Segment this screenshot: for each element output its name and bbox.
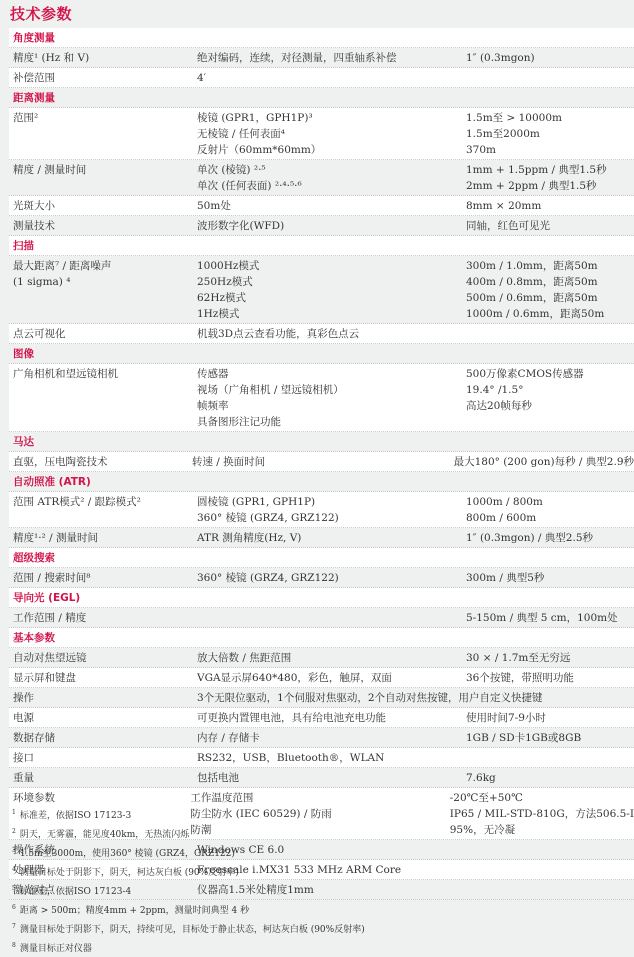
footnote: 6距离 > 500m；精度4mm + 2ppm，测量时间典型 4 秒 <box>9 900 634 919</box>
footnote-text: 测量目标处于阴影下，阴天，柯达灰白板 (90%反射率) <box>20 868 239 878</box>
label-text: 马达 <box>13 434 197 450</box>
spec-value: 使用时间7-9小时 <box>466 710 634 726</box>
spec-row: 广角相机和望远镜相机传感器视场（广角相机 / 望远镜相机）帧频率具备图形注记功能… <box>9 364 634 432</box>
spec-label: 精度¹ (Hz 和 V) <box>9 50 197 66</box>
spec-condition: 360° 棱镜 (GRZ4, GRZ122) <box>197 570 466 586</box>
spec-label: 自动对焦望远镜 <box>9 650 197 666</box>
label-text: 自动对焦望远镜 <box>13 650 197 666</box>
label-text: 范围 ATR模式² / 跟踪模式² <box>13 494 197 510</box>
footnote: 4测量目标处于阴影下，阴天，柯达灰白板 (90%反射率) <box>9 862 634 881</box>
spec-value: 36个按键，带照明功能 <box>466 670 634 686</box>
spec-condition: 可更换内置锂电池，具有给电池充电功能 <box>197 710 466 726</box>
label-text: 范围 / 搜索时间⁸ <box>13 570 197 586</box>
condition-text: 机载3D点云查看功能，真彩色点云 <box>197 326 466 342</box>
value-text: 1000m / 800m <box>466 494 634 510</box>
spec-condition: 50m处 <box>197 198 466 214</box>
condition-text: 360° 棱镜 (GRZ4, GRZ122) <box>197 510 466 526</box>
condition-text: 1Hz模式 <box>197 306 466 322</box>
spec-value: 1mm + 1.5ppm / 典型1.5秒2mm + 2ppm / 典型1.5秒 <box>466 162 634 194</box>
section-header: 图像 <box>9 344 634 364</box>
value-text: 800m / 600m <box>466 510 634 526</box>
footnote-text: 1.5m至3000m，使用360° 棱镜 (GRZ4，GRZ122) <box>20 849 235 859</box>
spec-value: 8mm × 20mm <box>466 198 634 214</box>
condition-text: 4′ <box>197 70 466 86</box>
value-text: 500万像素CMOS传感器 <box>466 366 634 382</box>
spec-row: 电源可更换内置锂电池，具有给电池充电功能使用时间7-9小时 <box>9 708 634 728</box>
label-text-2: (1 sigma) ⁴ <box>13 274 197 290</box>
spec-row: 数据存储内存 / 存储卡1GB / SD卡1GB或8GB <box>9 728 634 748</box>
spec-label: 直驱，压电陶瓷技术 <box>9 454 192 470</box>
spec-label: 操作 <box>9 690 197 706</box>
label-text: 重量 <box>13 770 197 786</box>
value-text: 2mm + 2ppm / 典型1.5秒 <box>466 178 634 194</box>
value-text: 1.5m至2000m <box>466 126 634 142</box>
footnote: 1标准差，依据ISO 17123-3 <box>9 805 634 824</box>
spec-row: 范围 ATR模式² / 跟踪模式²圆棱镜 (GPR1, GPH1P)360° 棱… <box>9 492 634 528</box>
label-text: 补偿范围 <box>13 70 197 86</box>
spec-value: 1GB / SD卡1GB或8GB <box>466 730 634 746</box>
label-text: 电源 <box>13 710 197 726</box>
label-text: 最大距离⁷ / 距离噪声 <box>13 258 197 274</box>
spec-condition: 单次 (棱镜) ²·⁵单次 (任何表面) ²·⁴·⁵·⁶ <box>197 162 466 194</box>
spec-row: 精度¹ (Hz 和 V)绝对编码，连续，对径测量，四重轴系补偿1″ (0.3mg… <box>9 48 634 68</box>
spec-value: 300m / 1.0mm，距离50m400m / 0.8mm，距离50m500m… <box>466 258 634 322</box>
condition-text: 可更换内置锂电池，具有给电池充电功能 <box>197 710 466 726</box>
value-text: 1.5m至 > 10000m <box>466 110 634 126</box>
section-header: 基本参数 <box>9 628 634 648</box>
spec-condition: VGA显示屏640*480，彩色，触屏，双面 <box>197 670 466 686</box>
value-text: 300m / 1.0mm，距离50m <box>466 258 634 274</box>
spec-condition: 机载3D点云查看功能，真彩色点云 <box>197 326 466 342</box>
section-header: 距离测量 <box>9 88 634 108</box>
spec-label: 数据存储 <box>9 730 197 746</box>
section-title: 角度测量 <box>9 30 197 46</box>
spec-value: 1000m / 800m800m / 600m <box>466 494 634 526</box>
spec-value: 30 × / 1.7m至无穷远 <box>466 650 634 666</box>
label-text: 范围² <box>13 110 197 126</box>
spec-table: 角度测量精度¹ (Hz 和 V)绝对编码，连续，对径测量，四重轴系补偿1″ (0… <box>9 28 634 900</box>
value-text: 500m / 0.6mm，距离50m <box>466 290 634 306</box>
footnote-text: 标准差，依据ISO 17123-3 <box>20 811 131 821</box>
label-text: 距离测量 <box>13 90 197 106</box>
value-text: 30 × / 1.7m至无穷远 <box>466 650 634 666</box>
spec-condition: 圆棱镜 (GPR1, GPH1P)360° 棱镜 (GRZ4, GRZ122) <box>197 494 466 526</box>
spec-row: 精度 / 测量时间单次 (棱镜) ²·⁵单次 (任何表面) ²·⁴·⁵·⁶1mm… <box>9 160 634 196</box>
spec-label: 工作范围 / 精度 <box>9 610 197 626</box>
footnote-number: 7 <box>12 923 16 927</box>
condition-text: 工作温度范围 <box>190 790 449 806</box>
page-title: 技术参数 <box>10 3 72 24</box>
footnote: 31.5m至3000m，使用360° 棱镜 (GRZ4，GRZ122) <box>9 843 634 862</box>
label-text: 显示屏和键盘 <box>13 670 197 686</box>
spec-condition: 内存 / 存储卡 <box>197 730 466 746</box>
value-text: 使用时间7-9小时 <box>466 710 634 726</box>
spec-row: 操作3个无限位驱动，1个伺服对焦驱动，2个自动对焦按键，用户自定义快捷键 <box>9 688 634 708</box>
condition-text: 单次 (棱镜) ²·⁵ <box>197 162 466 178</box>
section-title: 基本参数 <box>9 630 197 646</box>
section-title: 图像 <box>9 346 197 362</box>
section-title: 距离测量 <box>9 90 197 106</box>
spec-row: 重量包括电池7.6kg <box>9 768 634 788</box>
condition-text: ATR 测角精度(Hz, V) <box>197 530 466 546</box>
spec-row: 最大距离⁷ / 距离噪声(1 sigma) ⁴1000Hz模式250Hz模式62… <box>9 256 634 324</box>
footnote-number: 3 <box>12 847 16 854</box>
label-text: 精度¹ (Hz 和 V) <box>13 50 197 66</box>
condition-text: 62Hz模式 <box>197 290 466 306</box>
label-text: 角度测量 <box>13 30 197 46</box>
spec-row: 工作范围 / 精度5-150m / 典型 5 cm，100m处 <box>9 608 634 628</box>
spec-row: 点云可视化机载3D点云查看功能，真彩色点云 <box>9 324 634 344</box>
spec-value: 500万像素CMOS传感器19.4° /1.5°高达20帧每秒 <box>466 366 634 430</box>
label-text: 工作范围 / 精度 <box>13 610 197 626</box>
spec-row: 自动对焦望远镜放大倍数 / 焦距范围30 × / 1.7m至无穷远 <box>9 648 634 668</box>
value-text: 1″ (0.3mgon) / 典型2.5秒 <box>466 530 634 546</box>
footnote-text: 标准差，依据ISO 17123-4 <box>20 887 131 897</box>
spec-condition: 4′ <box>197 70 466 86</box>
footnote-text: 距离 > 500m；精度4mm + 2ppm，测量时间典型 4 秒 <box>20 906 249 916</box>
label-text: 点云可视化 <box>13 326 197 342</box>
condition-text: 1000Hz模式 <box>197 258 466 274</box>
spec-condition: 3个无限位驱动，1个伺服对焦驱动，2个自动对焦按键，用户自定义快捷键 <box>197 690 634 706</box>
condition-text: 放大倍数 / 焦距范围 <box>197 650 466 666</box>
spec-row: 范围²棱镜 (GPR1，GPH1P)³无棱镜 / 任何表面⁴反射片（60mm*6… <box>9 108 634 160</box>
label-text: 精度¹·² / 测量时间 <box>13 530 197 546</box>
condition-text: RS232，USB，Bluetooth®，WLAN <box>197 750 466 766</box>
label-text: 直驱，压电陶瓷技术 <box>13 454 192 470</box>
value-text: 300m / 典型5秒 <box>466 570 634 586</box>
spec-row: 补偿范围4′ <box>9 68 634 88</box>
spec-condition: ATR 测角精度(Hz, V) <box>197 530 466 546</box>
spec-label: 显示屏和键盘 <box>9 670 197 686</box>
condition-text: 绝对编码，连续，对径测量，四重轴系补偿 <box>197 50 466 66</box>
spec-value <box>466 326 634 342</box>
spec-value <box>466 70 634 86</box>
label-text: 接口 <box>13 750 197 766</box>
section-header: 扫描 <box>9 236 634 256</box>
spec-label: 范围 / 搜索时间⁸ <box>9 570 197 586</box>
section-header: 马达 <box>9 432 634 452</box>
spec-row: 直驱，压电陶瓷技术转速 / 换面时间最大180° (200 gon)每秒 / 典… <box>9 452 634 472</box>
value-text: 1GB / SD卡1GB或8GB <box>466 730 634 746</box>
spec-condition: 棱镜 (GPR1，GPH1P)³无棱镜 / 任何表面⁴反射片（60mm*60mm… <box>197 110 466 158</box>
condition-text: 内存 / 存储卡 <box>197 730 466 746</box>
spec-label: 重量 <box>9 770 197 786</box>
condition-text: 3个无限位驱动，1个伺服对焦驱动，2个自动对焦按键，用户自定义快捷键 <box>197 690 634 706</box>
label-text: 操作 <box>13 690 197 706</box>
value-text: 1″ (0.3mgon) <box>466 50 634 66</box>
label-text: 基本参数 <box>13 630 197 646</box>
label-text: 自动照准 (ATR) <box>13 474 197 490</box>
condition-text: VGA显示屏640*480，彩色，触屏，双面 <box>197 670 466 686</box>
condition-text: 50m处 <box>197 198 466 214</box>
label-text: 导向光 (EGL) <box>13 590 197 606</box>
footnote-number: 4 <box>12 866 16 873</box>
spec-condition: 传感器视场（广角相机 / 望远镜相机）帧频率具备图形注记功能 <box>197 366 466 430</box>
condition-text: 无棱镜 / 任何表面⁴ <box>197 126 466 142</box>
condition-text: 转速 / 换面时间 <box>192 454 454 470</box>
label-text: 精度 / 测量时间 <box>13 162 197 178</box>
spec-label: 广角相机和望远镜相机 <box>9 366 197 430</box>
spec-row: 光斑大小50m处8mm × 20mm <box>9 196 634 216</box>
condition-text: 圆棱镜 (GPR1, GPH1P) <box>197 494 466 510</box>
footnote-number: 2 <box>12 828 16 835</box>
condition-text: 具备图形注记功能 <box>197 414 466 430</box>
section-title: 马达 <box>9 434 197 450</box>
spec-row: 接口RS232，USB，Bluetooth®，WLAN <box>9 748 634 768</box>
value-text: 1mm + 1.5ppm / 典型1.5秒 <box>466 162 634 178</box>
value-text: 最大180° (200 gon)每秒 / 典型2.9秒 <box>454 454 634 470</box>
spec-label: 最大距离⁷ / 距离噪声(1 sigma) ⁴ <box>9 258 197 322</box>
section-header: 超级搜索 <box>9 548 634 568</box>
condition-text: 单次 (任何表面) ²·⁴·⁵·⁶ <box>197 178 466 194</box>
spec-label: 范围 ATR模式² / 跟踪模式² <box>9 494 197 526</box>
spec-value: 1″ (0.3mgon) <box>466 50 634 66</box>
footnote-number: 5 <box>12 885 16 892</box>
section-title: 自动照准 (ATR) <box>9 474 197 490</box>
label-text: 测量技术 <box>13 218 197 234</box>
section-title: 超级搜索 <box>9 550 197 566</box>
spec-condition: 放大倍数 / 焦距范围 <box>197 650 466 666</box>
spec-value <box>466 750 634 766</box>
spec-label: 测量技术 <box>9 218 197 234</box>
spec-condition: 包括电池 <box>197 770 466 786</box>
spec-value: 300m / 典型5秒 <box>466 570 634 586</box>
condition-text: 传感器 <box>197 366 466 382</box>
value-text: 同轴，红色可见光 <box>466 218 634 234</box>
label-text: 光斑大小 <box>13 198 197 214</box>
condition-text: 视场（广角相机 / 望远镜相机） <box>197 382 466 398</box>
value-text: 8mm × 20mm <box>466 198 634 214</box>
condition-text: 360° 棱镜 (GRZ4, GRZ122) <box>197 570 466 586</box>
spec-value: 1″ (0.3mgon) / 典型2.5秒 <box>466 530 634 546</box>
value-text: 19.4° /1.5° <box>466 382 634 398</box>
spec-label: 精度¹·² / 测量时间 <box>9 530 197 546</box>
spec-label: 点云可视化 <box>9 326 197 342</box>
spec-row: 范围 / 搜索时间⁸360° 棱镜 (GRZ4, GRZ122)300m / 典… <box>9 568 634 588</box>
spec-label: 电源 <box>9 710 197 726</box>
spec-row: 精度¹·² / 测量时间ATR 测角精度(Hz, V)1″ (0.3mgon) … <box>9 528 634 548</box>
value-text: 7.6kg <box>466 770 634 786</box>
condition-text: 波形数字化(WFD) <box>197 218 466 234</box>
section-header: 导向光 (EGL) <box>9 588 634 608</box>
section-title: 导向光 (EGL) <box>9 590 197 606</box>
value-text: 1000m / 0.6mm，距离50m <box>466 306 634 322</box>
condition-text: 反射片（60mm*60mm） <box>197 142 466 158</box>
spec-condition: 转速 / 换面时间 <box>192 454 454 470</box>
label-text: 超级搜索 <box>13 550 197 566</box>
label-text: 广角相机和望远镜相机 <box>13 366 197 382</box>
spec-label: 范围² <box>9 110 197 158</box>
value-text: 400m / 0.8mm，距离50m <box>466 274 634 290</box>
spec-label: 补偿范围 <box>9 70 197 86</box>
condition-text: 包括电池 <box>197 770 466 786</box>
spec-row: 显示屏和键盘VGA显示屏640*480，彩色，触屏，双面36个按键，带照明功能 <box>9 668 634 688</box>
section-header: 自动照准 (ATR) <box>9 472 634 492</box>
value-text: -20℃至+50℃ <box>450 790 634 806</box>
label-text: 图像 <box>13 346 197 362</box>
footnote: 2阴天，无雾霾，能见度40km，无热流闪烁 <box>9 824 634 843</box>
value-text: 高达20帧每秒 <box>466 398 634 414</box>
spec-condition: 波形数字化(WFD) <box>197 218 466 234</box>
spec-value: 最大180° (200 gon)每秒 / 典型2.9秒 <box>454 454 634 470</box>
footnote-number: 6 <box>12 904 16 911</box>
spec-condition: RS232，USB，Bluetooth®，WLAN <box>197 750 466 766</box>
footnote-text: 阴天，无雾霾，能见度40km，无热流闪烁 <box>20 830 189 840</box>
spec-value: 7.6kg <box>466 770 634 786</box>
value-text: 5-150m / 典型 5 cm，100m处 <box>466 610 634 626</box>
spec-label: 光斑大小 <box>9 198 197 214</box>
spec-condition: 1000Hz模式250Hz模式62Hz模式1Hz模式 <box>197 258 466 322</box>
footnote-number: 1 <box>12 809 16 816</box>
footnotes: 1标准差，依据ISO 17123-32阴天，无雾霾，能见度40km，无热流闪烁3… <box>9 805 634 927</box>
spec-condition: 绝对编码，连续，对径测量，四重轴系补偿 <box>197 50 466 66</box>
footnote: 7测量目标处于阴影下，阴天，持续可见，目标处于静止状态，柯达灰白板 (90%反射… <box>9 919 634 927</box>
spec-value: 5-150m / 典型 5 cm，100m处 <box>466 610 634 626</box>
condition-text: 帧频率 <box>197 398 466 414</box>
label-text: 扫描 <box>13 238 197 254</box>
value-text: 370m <box>466 142 634 158</box>
spec-condition <box>197 610 466 626</box>
section-header: 角度测量 <box>9 28 634 48</box>
spec-value: 同轴，红色可见光 <box>466 218 634 234</box>
value-text: 36个按键，带照明功能 <box>466 670 634 686</box>
section-title: 扫描 <box>9 238 197 254</box>
spec-row: 测量技术波形数字化(WFD)同轴，红色可见光 <box>9 216 634 236</box>
footnote: 5标准差，依据ISO 17123-4 <box>9 881 634 900</box>
condition-text: 棱镜 (GPR1，GPH1P)³ <box>197 110 466 126</box>
label-text: 数据存储 <box>13 730 197 746</box>
condition-text: 250Hz模式 <box>197 274 466 290</box>
spec-value: 1.5m至 > 10000m1.5m至2000m370m <box>466 110 634 158</box>
spec-label: 接口 <box>9 750 197 766</box>
spec-label: 精度 / 测量时间 <box>9 162 197 194</box>
label-text: 环境参数 <box>13 790 190 806</box>
